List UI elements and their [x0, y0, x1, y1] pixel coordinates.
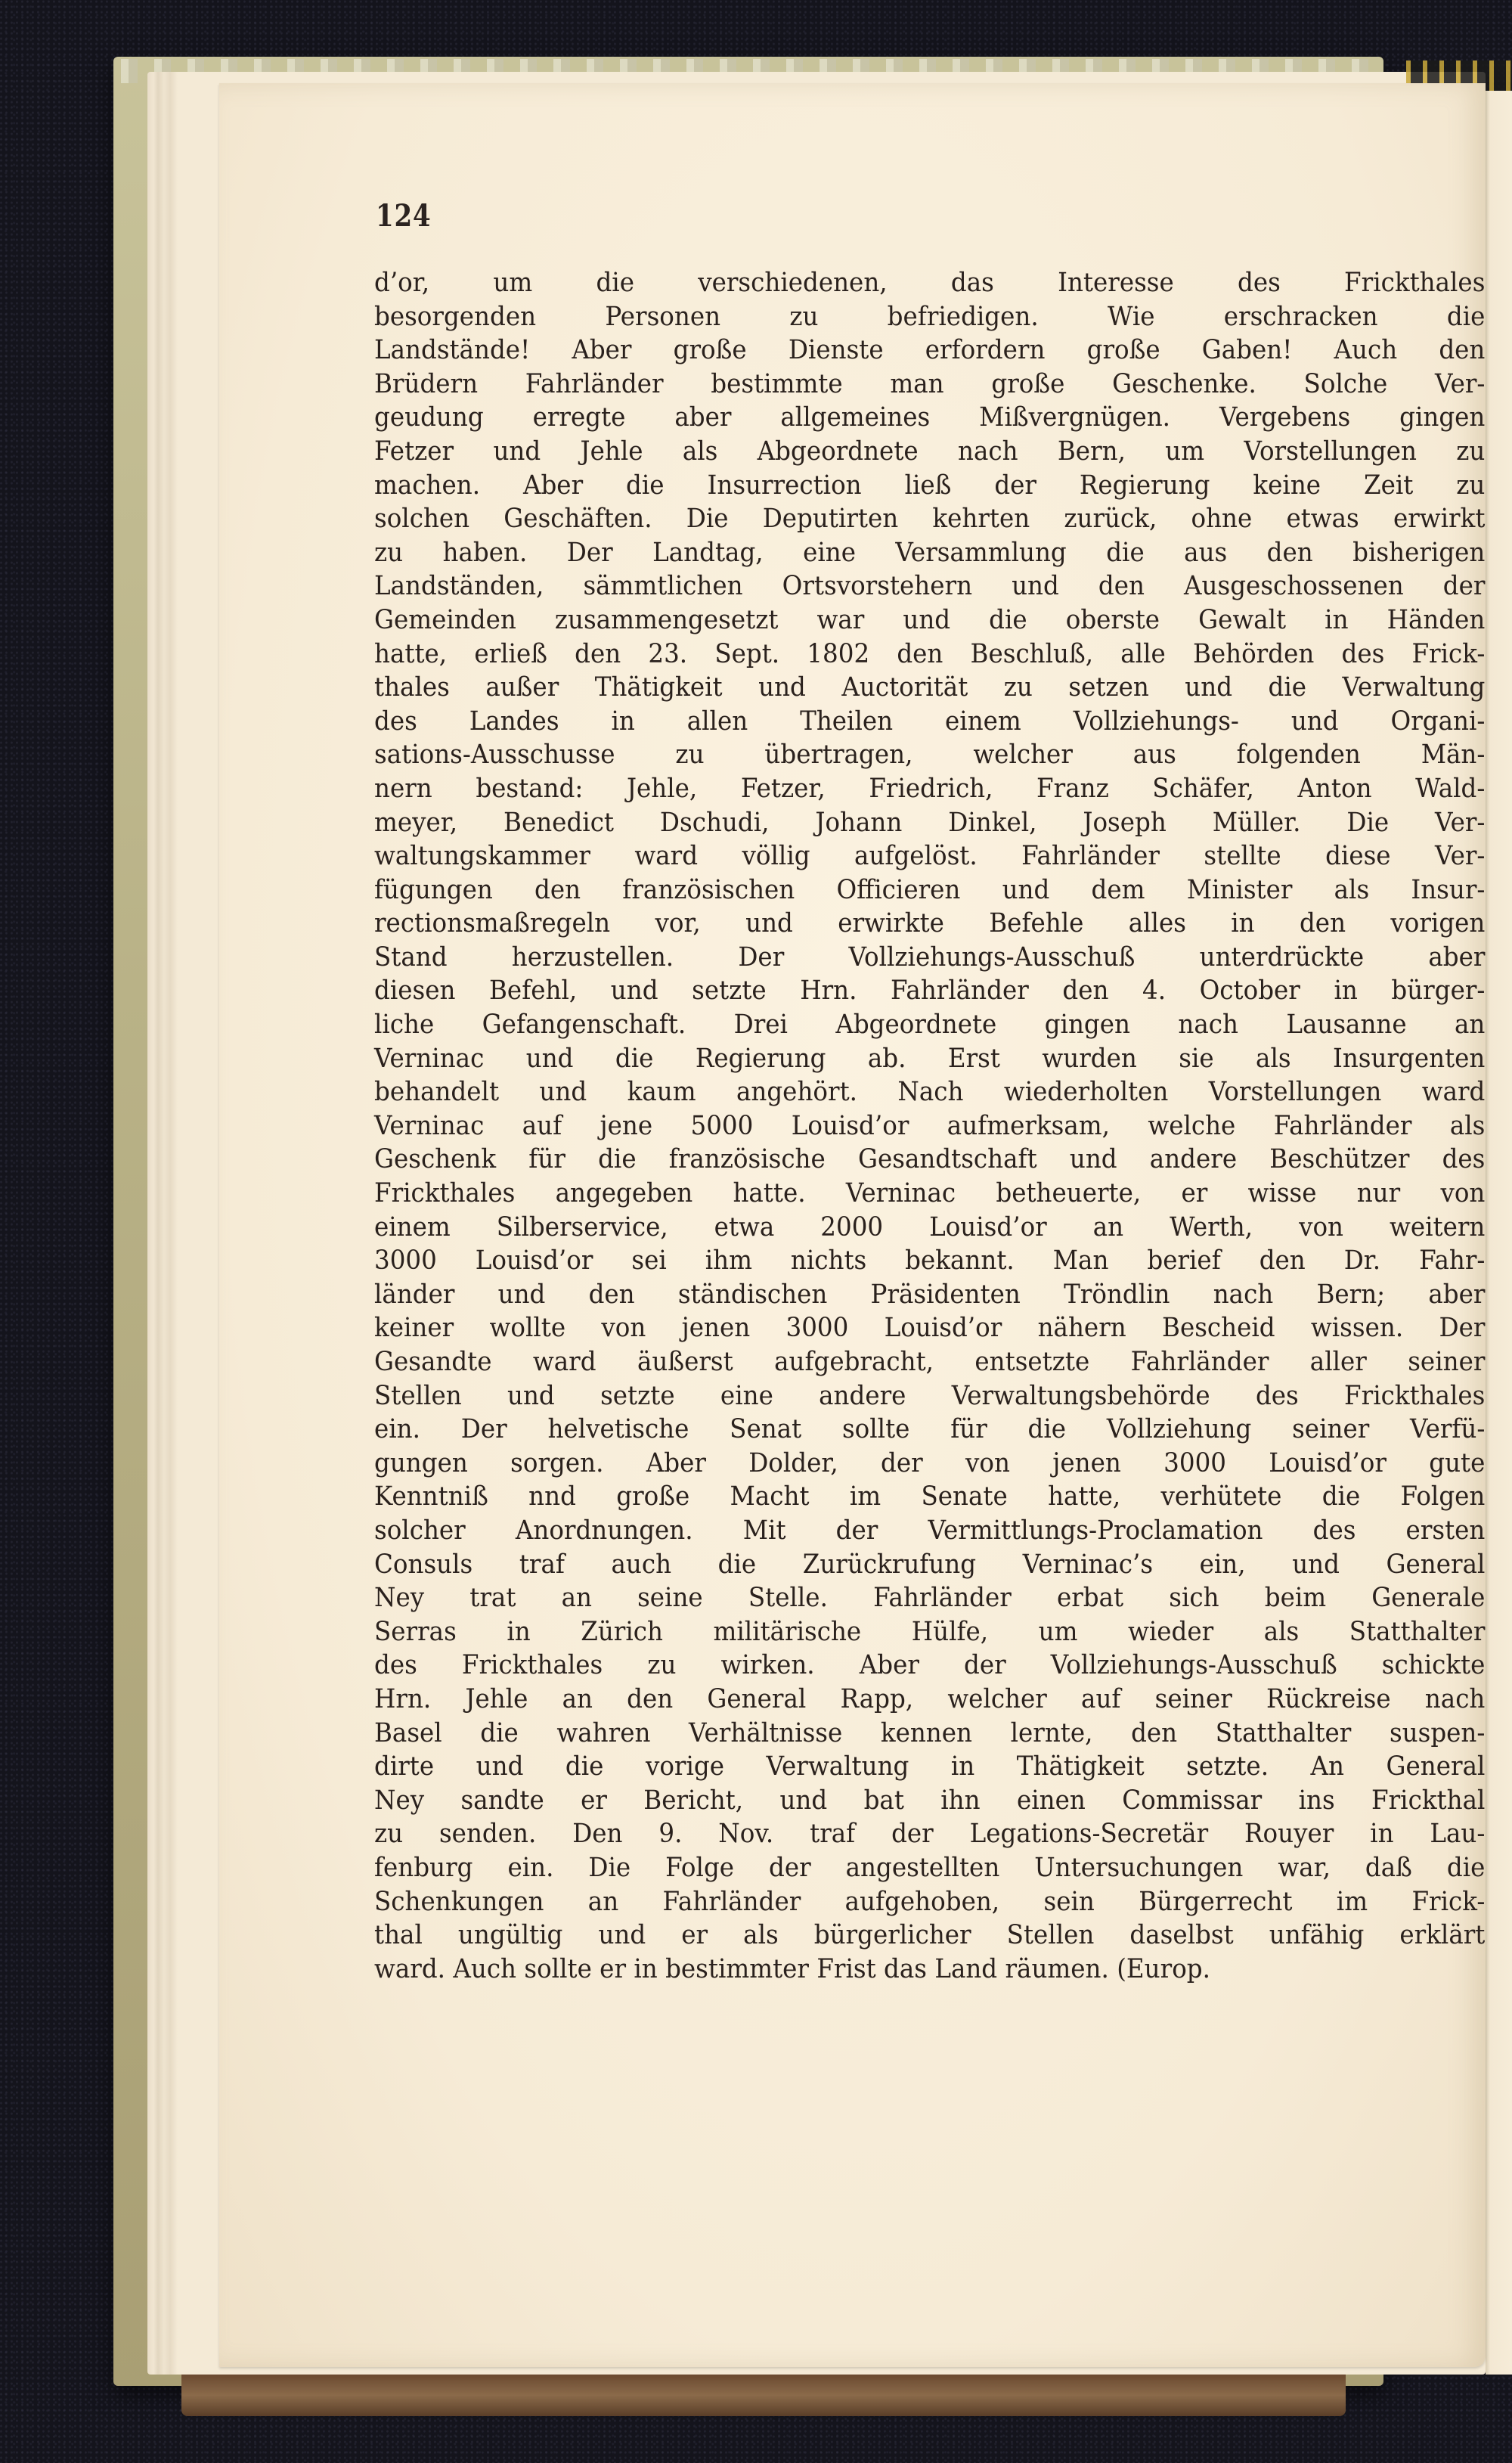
text-line: d’or, um die verschiedenen, das Interess…: [374, 266, 1485, 300]
facing-page-edge: [1486, 91, 1512, 2375]
text-line: dirte und die vorige Verwaltung in Thäti…: [374, 1750, 1485, 1784]
text-line: ein. Der helvetische Senat sollte für di…: [374, 1413, 1485, 1447]
text-line: des Frickthales zu wirken. Aber der Voll…: [374, 1649, 1485, 1683]
text-line: Consuls traf auch die Zurückrufung Verni…: [374, 1548, 1485, 1582]
text-line: Frickthales angegeben hatte. Verninac be…: [374, 1177, 1485, 1211]
text-line: meyer, Benedict Dschudi, Johann Dinkel, …: [374, 806, 1485, 840]
text-line: thales außer Thätigkeit und Auctorität z…: [374, 671, 1485, 705]
text-line: fenburg ein. Die Folge der angestellten …: [374, 1851, 1485, 1885]
text-line: solcher Anordnungen. Mit der Vermittlung…: [374, 1514, 1485, 1548]
text-line: Stellen und setzte eine andere Verwaltun…: [374, 1379, 1485, 1413]
text-line: Fetzer und Jehle als Abgeordnete nach Be…: [374, 435, 1485, 469]
text-line: gungen sorgen. Aber Dolder, der von jene…: [374, 1447, 1485, 1481]
text-line: Gesandte ward äußerst aufgebracht, entse…: [374, 1345, 1485, 1379]
text-line: 3000 Louisd’or sei ihm nichts bekannt. M…: [374, 1244, 1485, 1278]
text-line: Basel die wahren Verhältnisse kennen ler…: [374, 1717, 1485, 1751]
text-line: behandelt und kaum angehört. Nach wieder…: [374, 1075, 1485, 1109]
text-line: waltungskammer ward völlig aufgelöst. Fa…: [374, 839, 1485, 873]
body-text: d’or, um die verschiedenen, das Interess…: [374, 266, 1486, 1986]
text-line: liche Gefangenschaft. Drei Abgeordnete g…: [374, 1008, 1485, 1042]
text-line: geudung erregte aber allgemeines Mißverg…: [374, 401, 1485, 435]
text-line: fügungen den französischen Officieren un…: [374, 873, 1485, 907]
text-line: zu senden. Den 9. Nov. traf der Legation…: [374, 1817, 1485, 1851]
text-line: besorgenden Personen zu befriedigen. Wie…: [374, 300, 1485, 334]
text-line: einem Silberservice, etwa 2000 Louisd’or…: [374, 1211, 1485, 1245]
text-line: zu haben. Der Landtag, eine Versammlung …: [374, 536, 1485, 570]
book-bottom-edge: [181, 2375, 1346, 2416]
text-line: thal ungültig und er als bürgerlicher St…: [374, 1919, 1485, 1953]
text-line: machen. Aber die Insurrection ließ der R…: [374, 469, 1485, 503]
text-line: keiner wollte von jenen 3000 Louisd’or n…: [374, 1311, 1485, 1345]
text-line: Stand herzustellen. Der Vollziehungs-Aus…: [374, 941, 1485, 975]
text-line: diesen Befehl, und setzte Hrn. Fahrlände…: [374, 974, 1485, 1008]
text-line: Serras in Zürich militärische Hülfe, um …: [374, 1615, 1485, 1649]
text-line: rectionsmaßregeln vor, und erwirkte Befe…: [374, 907, 1485, 941]
text-line: Gemeinden zusammengesetzt war und die ob…: [374, 603, 1485, 637]
text-line: hatte, erließ den 23. Sept. 1802 den Bes…: [374, 637, 1485, 672]
page-number: 124: [376, 198, 432, 234]
text-line: Schenkungen an Fahrländer aufgehoben, se…: [374, 1885, 1485, 1919]
text-line: Geschenk für die französische Gesandtsch…: [374, 1143, 1485, 1177]
text-line: Verninac auf jene 5000 Louisd’or aufmerk…: [374, 1109, 1485, 1143]
text-line: nern bestand: Jehle, Fetzer, Friedrich, …: [374, 772, 1485, 806]
text-line: Hrn. Jehle an den General Rapp, welcher …: [374, 1683, 1485, 1717]
text-line: Kenntniß nnd große Macht im Senate hatte…: [374, 1480, 1485, 1514]
text-line: Brüdern Fahrländer bestimmte man große G…: [374, 368, 1485, 402]
text-line: Ney trat an seine Stelle. Fahrländer erb…: [374, 1581, 1485, 1615]
text-line: des Landes in allen Theilen einem Vollzi…: [374, 705, 1485, 739]
text-line: länder und den ständischen Präsidenten T…: [374, 1278, 1485, 1312]
text-line: solchen Geschäften. Die Deputirten kehrt…: [374, 502, 1485, 536]
text-line: sations-Ausschusse zu übertragen, welche…: [374, 738, 1485, 772]
text-line: Landstände! Aber große Dienste erfordern…: [374, 333, 1485, 368]
text-line: ward. Auch sollte er in bestimmter Frist…: [374, 1953, 1485, 1987]
text-line: Landständen, sämmtlichen Ortsvorstehern …: [374, 569, 1485, 603]
text-line: Ney sandte er Bericht, und bat ihn einen…: [374, 1784, 1485, 1818]
text-line: Verninac und die Regierung ab. Erst wurd…: [374, 1042, 1485, 1076]
